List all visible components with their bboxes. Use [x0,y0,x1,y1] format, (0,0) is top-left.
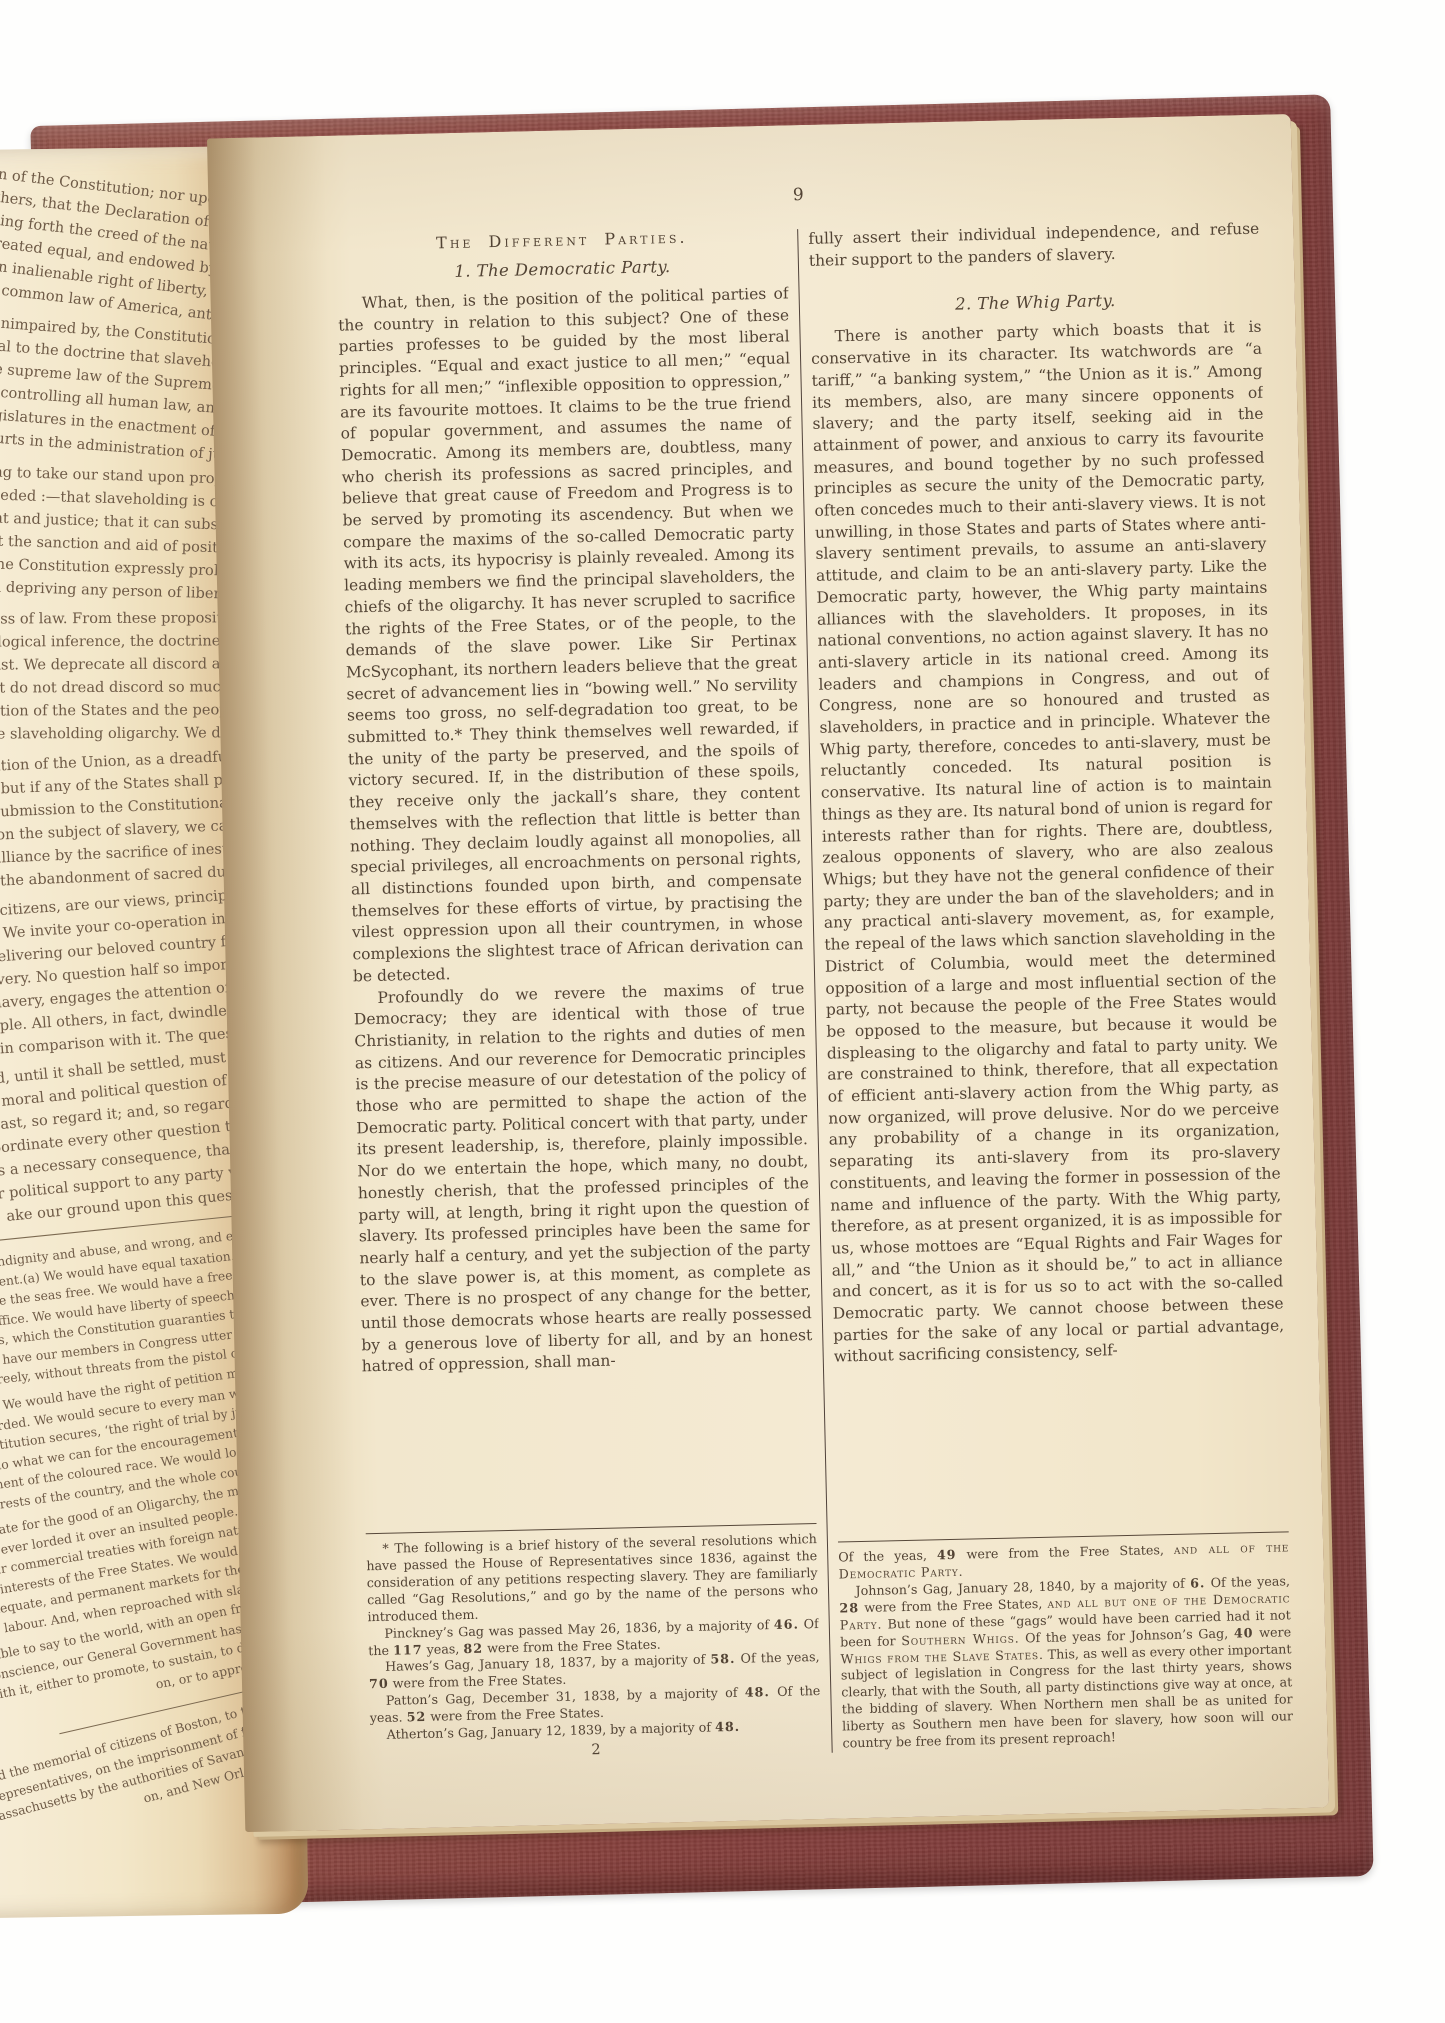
left-page-memorial-block: nd the memorial of citizens of Boston, t… [0,1697,278,1850]
page-content: 9 The Different Parties. 1. The Democrat… [335,161,1298,1788]
left-page-text-block: is, and, until it shall be settled, must… [0,1043,267,1231]
paragraph: fully assert their individual independen… [808,219,1260,273]
two-column-text: The Different Parties. 1. The Democratic… [336,215,1297,1764]
paragraph: What, then, is the position of the polit… [337,283,804,988]
column-right-body: There is another party which boasts that… [810,317,1285,1369]
column-right: fully assert their individual independen… [808,215,1294,1753]
book-photograph: ction of the Constitution; nor upon thes… [0,0,1445,2023]
paragraph: Profoundly do we revere the maxims of tr… [353,978,813,1379]
footnote-area-left: * The following is a brief history of th… [365,1513,821,1763]
left-page-text-block: fellow citizens, are our views, principl… [0,882,262,1063]
whig-party-subheading: 2. The Whig Party. [810,288,1261,317]
paragraph: There is another party which boasts that… [810,317,1285,1369]
gag-votes-footnote: Of the yeas, 49 were from the Free State… [838,1539,1293,1752]
column-right-continuation: fully assert their individual independen… [808,219,1260,273]
left-page-text-block: dissolution of the Union, as a dreadful … [0,744,258,894]
democratic-party-subheading: 1. The Democratic Party. [337,254,788,283]
page-number: 9 [335,175,1262,216]
footnote-area-right: Of the yeas, 49 were from the Free State… [838,1521,1294,1752]
left-page-text-block: process of law. From these propositionsc… [0,606,253,746]
column-left-body: What, then, is the position of the polit… [337,283,813,1378]
main-recto-page: 9 The Different Parties. 1. The Democrat… [207,114,1329,1832]
section-heading: The Different Parties. [336,225,787,254]
column-left: The Different Parties. 1. The Democratic… [336,225,822,1763]
gag-resolutions-footnote: * The following is a brief history of th… [366,1531,821,1744]
